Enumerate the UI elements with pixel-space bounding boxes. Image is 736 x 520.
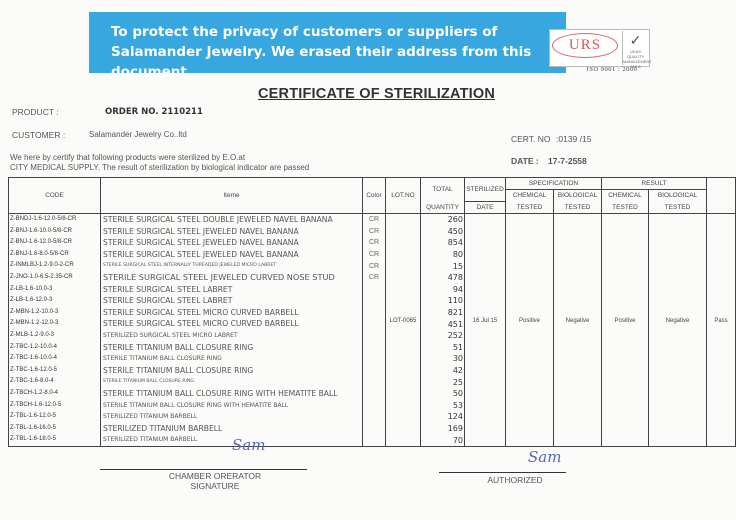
row-item: STERILIZED TITANIUM BARBELL (101, 423, 363, 435)
row-color: CR (363, 226, 386, 238)
header-total: TOTAL (421, 178, 465, 202)
header-spec-biological: BIOLOGICAL (554, 190, 602, 202)
row-item: STERILIZED SURGICAL STEEL MICRO LABRET (101, 330, 363, 342)
operator-signature-mark: Sam (232, 436, 265, 454)
row-code: Z-JNO-1.0-6.5-2.35-CR (9, 272, 101, 284)
row-color (363, 295, 386, 307)
row-code: Z-BNJ-1.6-12.0-5/8-CR (9, 237, 101, 249)
privacy-notice-line2: Salamander Jewelry. We erased their addr… (111, 42, 566, 82)
row-quantity: 30 (421, 353, 465, 365)
row-color (363, 376, 386, 388)
crown-check-icon: ✓ (623, 31, 648, 49)
operator-signature-label: CHAMBER ORERATOR SIGNATURE (150, 471, 280, 491)
operator-label-line2: SIGNATURE (150, 481, 280, 491)
row-quantity: 478 (421, 272, 465, 284)
sterilized-date: 16 Jul 15 (465, 214, 506, 447)
row-code: Z-TBC-1.6-12.0-5 (9, 365, 101, 377)
row-code: Z-MLB-1.2-9.0-3 (9, 330, 101, 342)
row-item: STERILE SURGICAL STEEL INTERNALLY THREAD… (101, 260, 363, 272)
row-quantity: 110 (421, 295, 465, 307)
spec-chemical-value: Positive (506, 214, 554, 447)
row-code: Z-BNJ-1.6-8.0-5/8-CR (9, 249, 101, 261)
row-color (363, 423, 386, 435)
row-quantity: 25 (421, 376, 465, 388)
row-color: CR (363, 260, 386, 272)
row-item: STERILE TITANIUM BALL CLOSURE RING (101, 342, 363, 354)
header-result: RESULT (602, 178, 707, 190)
row-code: Z-TBC-1.2-10.0-4 (9, 342, 101, 354)
customer-value: Salamander Jewelry Co..ltd (89, 130, 187, 139)
header-spec-chemical: CHEMICAL (506, 190, 554, 202)
row-quantity: 50 (421, 388, 465, 400)
page-title: CERTIFICATE OF STERILIZATION (258, 86, 495, 102)
row-color (363, 307, 386, 319)
row-item: STERILE SURGICAL STEEL JEWELED NAVEL BAN… (101, 249, 363, 261)
operator-signature-line (100, 469, 307, 470)
iso-standard-label: ISO 9001 : 2000 (572, 66, 652, 73)
operator-label-line1: CHAMBER ORERATOR (150, 471, 280, 481)
row-color: CR (363, 237, 386, 249)
result-biological-value: Negative (649, 214, 707, 447)
table-row: Z-BNDJ-1.6-12.0-5/8-CRSTERILE SURGICAL S… (9, 214, 736, 226)
header-quantity: QUANTITY (421, 202, 465, 214)
header-result-biological-tested: TESTED (649, 202, 707, 214)
authorized-signature-line (439, 472, 566, 473)
row-quantity: 169 (421, 423, 465, 435)
row-code: Z-BNJ-1.6-10.0-5/8-CR (9, 226, 101, 238)
date-label: DATE : (511, 156, 539, 166)
spec-biological-value: Negative (554, 214, 602, 447)
product-label: PRODUCT : (12, 107, 59, 117)
lot-number: LOT-0065 (386, 214, 421, 447)
urs-logo: URS (552, 31, 620, 61)
row-item: STERILIZED TITANIUM BARBELL (101, 411, 363, 423)
row-code: Z-BNDJ-1.6-12.0-5/8-CR (9, 214, 101, 226)
privacy-notice-banner: To protect the privacy of customers or s… (89, 12, 566, 73)
row-item: STERILE SURGICAL STEEL JEWELED NAVEL BAN… (101, 237, 363, 249)
row-quantity: 94 (421, 284, 465, 296)
row-quantity: 42 (421, 365, 465, 377)
row-code: Z-MBN-1.2-10.0-3 (9, 307, 101, 319)
row-quantity: 252 (421, 330, 465, 342)
certification-statement: We here by certify that following produc… (10, 153, 309, 173)
row-item: STERILE SURGICAL STEEL LABRET (101, 295, 363, 307)
row-item: STERILE TITANIUM BALL CLOSURE RING (101, 376, 363, 388)
row-item: STERILE SURGICAL STEEL MICRO CURVED BARB… (101, 318, 363, 330)
row-item: STERILE SURGICAL STEEL JEWELED NAVEL BAN… (101, 226, 363, 238)
row-code: Z-TBC-1.6-8.0-4 (9, 376, 101, 388)
row-quantity: 70 (421, 434, 465, 446)
ukas-logo: ✓ UKAS QUALITY MANAGEMENT 015 A (622, 31, 648, 65)
final-result: Pass (707, 214, 736, 447)
table-body: Z-BNDJ-1.6-12.0-5/8-CRSTERILE SURGICAL S… (9, 214, 736, 447)
header-sterilized: STERILIZED (465, 178, 506, 202)
authorized-label: AUTHORIZED (470, 475, 560, 485)
header-specification: SPECIFICATION (506, 178, 602, 190)
row-code: Z-TBC-1.6-10.0-4 (9, 353, 101, 365)
row-color (363, 330, 386, 342)
row-color: CR (363, 272, 386, 284)
row-quantity: 80 (421, 249, 465, 261)
row-code: Z-TBL-1.6-16.0-5 (9, 423, 101, 435)
row-item: STERILE SURGICAL STEEL JEWELED CURVED NO… (101, 272, 363, 284)
row-quantity: 124 (421, 411, 465, 423)
product-value: ORDER NO. 2110211 (105, 107, 203, 117)
row-quantity: 260 (421, 214, 465, 226)
row-item: STERILE TITANIUM BALL CLOSURE RING (101, 365, 363, 377)
header-code: CODE (9, 178, 101, 214)
cert-no-label: CERT. NO (511, 134, 551, 144)
header-color: Color (363, 178, 386, 214)
row-color (363, 318, 386, 330)
date-value: 17-7-2558 (548, 156, 587, 166)
row-quantity: 15 (421, 260, 465, 272)
customer-label: CUSTOMER : (12, 130, 65, 140)
sterilization-table: CODE Iteme Color LOT.NO TOTAL STERILIZED… (8, 177, 736, 447)
row-color (363, 353, 386, 365)
header-date: DATE (465, 202, 506, 214)
authorized-signature-mark: Sam (528, 448, 561, 466)
row-color (363, 388, 386, 400)
row-item: STERILE TITANIUM BALL CLOSURE RING WITH … (101, 400, 363, 412)
row-code: Z-TBL-1.6-18.0-5 (9, 434, 101, 446)
row-code: Z-TBCH-1.2-8.0-4 (9, 388, 101, 400)
row-quantity: 51 (421, 342, 465, 354)
row-color: CR (363, 214, 386, 226)
row-quantity: 451 (421, 318, 465, 330)
row-code: Z-LB-1.6-10.0-3 (9, 284, 101, 296)
header-final (707, 178, 736, 214)
header-result-biological: BIOLOGICAL (649, 190, 707, 202)
header-lot: LOT.NO (386, 178, 421, 214)
result-chemical-value: Positive (602, 214, 649, 447)
row-color (363, 284, 386, 296)
row-item: STERILE TITANIUM BALL CLOSURE RING (101, 353, 363, 365)
row-code: Z-TBCH-1.6-12.0-5 (9, 400, 101, 412)
row-color (363, 411, 386, 423)
row-quantity: 53 (421, 400, 465, 412)
row-quantity: 821 (421, 307, 465, 319)
row-item: STERILE SURGICAL STEEL LABRET (101, 284, 363, 296)
row-code: Z-MBN-1.2-12.0-3 (9, 318, 101, 330)
row-code: Z-INMLBJ-1.2-9.0-2-CR (9, 260, 101, 272)
row-color: CR (363, 249, 386, 261)
row-code: Z-LB-1.6-12.0-3 (9, 295, 101, 307)
row-item: STERILE TITANIUM BALL CLOSURE RING WITH … (101, 388, 363, 400)
row-code: Z-TBL-1.6-12.0-5 (9, 411, 101, 423)
row-color (363, 400, 386, 412)
header-spec-biological-tested: TESTED (554, 202, 602, 214)
urs-logo-text: URS (552, 37, 618, 54)
header-result-chemical-tested: TESTED (602, 202, 649, 214)
privacy-notice-line1: To protect the privacy of customers or s… (111, 22, 566, 42)
cert-no-value: :0139 /15 (556, 134, 591, 144)
row-item: STERILE SURGICAL STEEL DOUBLE JEWELED NA… (101, 214, 363, 226)
header-result-chemical: CHEMICAL (602, 190, 649, 202)
row-quantity: 854 (421, 237, 465, 249)
row-quantity: 450 (421, 226, 465, 238)
statement-line1: We here by certify that following produc… (10, 153, 309, 163)
row-item: STERILE SURGICAL STEEL MICRO CURVED BARB… (101, 307, 363, 319)
header-spec-chemical-tested: TESTED (506, 202, 554, 214)
row-color (363, 365, 386, 377)
row-color (363, 434, 386, 446)
row-color (363, 342, 386, 354)
header-item: Iteme (101, 178, 363, 214)
statement-line2: CITY MEDICAL SUPPLY. The result of steri… (10, 163, 309, 173)
